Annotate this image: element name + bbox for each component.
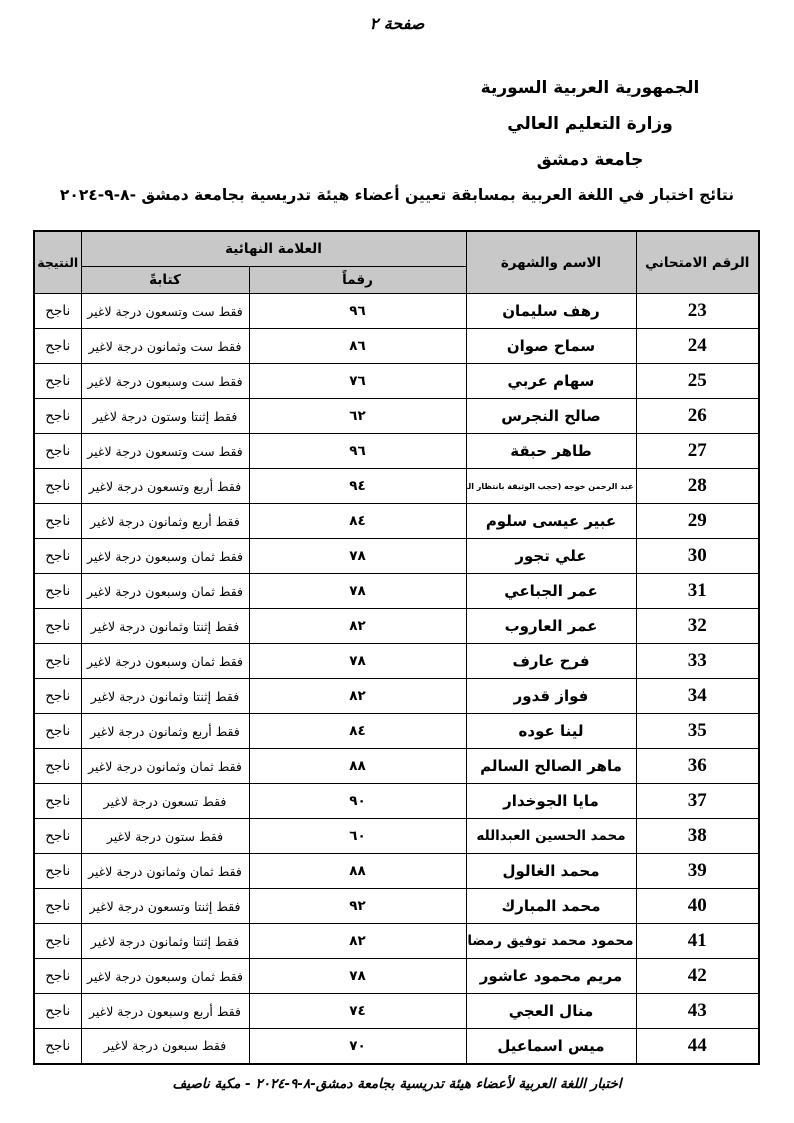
cell-result: ناجح (34, 539, 81, 574)
table-header: الرقم الامتحاني الاسم والشهرة العلامة ال… (34, 231, 759, 294)
page-number: صفحة ٢ (0, 14, 794, 33)
cell-name: عبير عيسى سلوم (466, 504, 636, 539)
document-page: صفحة ٢ الجمهورية العربية السورية وزارة ا… (0, 0, 794, 1123)
table-row: 29عبير عيسى سلوم٨٤فقط أربع وثمانون درجة … (34, 504, 759, 539)
footer-note: اختبار اللغة العربية لأعضاء هيئة تدريسية… (0, 1076, 794, 1092)
letterhead-university: جامعة دمشق (440, 142, 740, 178)
cell-written: فقط إثنتا وثمانون درجة لاغير (81, 679, 249, 714)
cell-name: ماهر الصالح السالم (466, 749, 636, 784)
cell-name: رهف سليمان (466, 294, 636, 329)
cell-name: سماح صوان (466, 329, 636, 364)
cell-name: محمد الحسين العبدالله (466, 819, 636, 854)
cell-written: فقط أربع وثمانون درجة لاغير (81, 504, 249, 539)
cell-result: ناجح (34, 574, 81, 609)
table-row: 32عمر العاروب٨٢فقط إثنتا وثمانون درجة لا… (34, 609, 759, 644)
table-row: 40محمد المبارك٩٢فقط إثنتا وتسعون درجة لا… (34, 889, 759, 924)
cell-exam: 40 (636, 889, 759, 924)
cell-exam: 36 (636, 749, 759, 784)
cell-exam: 39 (636, 854, 759, 889)
header-exam-number: الرقم الامتحاني (636, 231, 759, 294)
cell-written: فقط ست وسبعون درجة لاغير (81, 364, 249, 399)
cell-result: ناجح (34, 504, 81, 539)
cell-name: محمد الغالول (466, 854, 636, 889)
table-row: 28عبد الرحمن خوجه (حجب الوثيقة بانتظار ا… (34, 469, 759, 504)
cell-exam: 44 (636, 1029, 759, 1064)
cell-numeric: ٩٤ (249, 469, 466, 504)
cell-name: سهام عربي (466, 364, 636, 399)
table-row: 30علي تجور٧٨فقط ثمان وسبعون درجة لاغيرنا… (34, 539, 759, 574)
cell-written: فقط سبعون درجة لاغير (81, 1029, 249, 1064)
cell-exam: 29 (636, 504, 759, 539)
cell-exam: 41 (636, 924, 759, 959)
cell-name: مايا الجوخدار (466, 784, 636, 819)
header-final-grade: العلامة النهائية (81, 231, 466, 267)
cell-name: مريم محمود عاشور (466, 959, 636, 994)
cell-name: عبد الرحمن خوجه (حجب الوثيقة بانتظار الم… (466, 469, 636, 504)
cell-written: فقط ستون درجة لاغير (81, 819, 249, 854)
cell-exam: 28 (636, 469, 759, 504)
cell-written: فقط ثمان وثمانون درجة لاغير (81, 749, 249, 784)
cell-name: صالح النجرس (466, 399, 636, 434)
cell-exam: 35 (636, 714, 759, 749)
table-row: 34فواز قدور٨٢فقط إثنتا وثمانون درجة لاغي… (34, 679, 759, 714)
cell-written: فقط تسعون درجة لاغير (81, 784, 249, 819)
cell-result: ناجح (34, 749, 81, 784)
cell-result: ناجح (34, 889, 81, 924)
cell-result: ناجح (34, 679, 81, 714)
results-rows: 23رهف سليمان٩٦فقط ست وتسعون درجة لاغيرنا… (34, 294, 759, 1064)
table-row: 23رهف سليمان٩٦فقط ست وتسعون درجة لاغيرنا… (34, 294, 759, 329)
cell-written: فقط ثمان وسبعون درجة لاغير (81, 539, 249, 574)
cell-numeric: ٨٢ (249, 609, 466, 644)
cell-result: ناجح (34, 994, 81, 1029)
cell-result: ناجح (34, 924, 81, 959)
cell-result: ناجح (34, 714, 81, 749)
table-row: 25سهام عربي٧٦فقط ست وسبعون درجة لاغيرناج… (34, 364, 759, 399)
cell-numeric: ٨٨ (249, 854, 466, 889)
cell-name: منال العجي (466, 994, 636, 1029)
table-row: 39محمد الغالول٨٨فقط ثمان وثمانون درجة لا… (34, 854, 759, 889)
header-row-1: الرقم الامتحاني الاسم والشهرة العلامة ال… (34, 231, 759, 267)
cell-numeric: ٨٤ (249, 504, 466, 539)
cell-written: فقط أربع وتسعون درجة لاغير (81, 469, 249, 504)
cell-numeric: ٧٠ (249, 1029, 466, 1064)
table-row: 43منال العجي٧٤فقط أربع وسبعون درجة لاغير… (34, 994, 759, 1029)
cell-result: ناجح (34, 784, 81, 819)
cell-result: ناجح (34, 819, 81, 854)
cell-result: ناجح (34, 854, 81, 889)
letterhead: الجمهورية العربية السورية وزارة التعليم … (440, 70, 740, 178)
cell-exam: 32 (636, 609, 759, 644)
cell-result: ناجح (34, 364, 81, 399)
header-name: الاسم والشهرة (466, 231, 636, 294)
cell-name: ميس اسماعيل (466, 1029, 636, 1064)
cell-written: فقط إثنتا وتسعون درجة لاغير (81, 889, 249, 924)
cell-written: فقط إثنتا وثمانون درجة لاغير (81, 924, 249, 959)
cell-written: فقط أربع وسبعون درجة لاغير (81, 994, 249, 1029)
cell-exam: 37 (636, 784, 759, 819)
cell-numeric: ٩٦ (249, 434, 466, 469)
cell-numeric: ٨٤ (249, 714, 466, 749)
table-row: 41محمود محمد توفيق رمضان٨٢فقط إثنتا وثما… (34, 924, 759, 959)
cell-numeric: ٨٦ (249, 329, 466, 364)
cell-numeric: ٩٦ (249, 294, 466, 329)
cell-exam: 42 (636, 959, 759, 994)
cell-exam: 43 (636, 994, 759, 1029)
cell-numeric: ٩٢ (249, 889, 466, 924)
document-title: نتائج اختبار في اللغة العربية بمسابقة تع… (0, 186, 794, 204)
cell-numeric: ٨٢ (249, 679, 466, 714)
cell-result: ناجح (34, 294, 81, 329)
cell-name: لينا عوده (466, 714, 636, 749)
table-row: 33فرح عارف٧٨فقط ثمان وسبعون درجة لاغيرنا… (34, 644, 759, 679)
cell-result: ناجح (34, 609, 81, 644)
cell-name: محمود محمد توفيق رمضان (466, 924, 636, 959)
cell-numeric: ٨٢ (249, 924, 466, 959)
cell-exam: 38 (636, 819, 759, 854)
cell-written: فقط ثمان وسبعون درجة لاغير (81, 574, 249, 609)
table-row: 26صالح النجرس٦٢فقط إثنتا وستون درجة لاغي… (34, 399, 759, 434)
cell-written: فقط إثنتا وستون درجة لاغير (81, 399, 249, 434)
table-row: 36ماهر الصالح السالم٨٨فقط ثمان وثمانون د… (34, 749, 759, 784)
results-table: الرقم الامتحاني الاسم والشهرة العلامة ال… (33, 230, 760, 1065)
cell-written: فقط ثمان وسبعون درجة لاغير (81, 959, 249, 994)
cell-name: فواز قدور (466, 679, 636, 714)
cell-exam: 25 (636, 364, 759, 399)
cell-result: ناجح (34, 469, 81, 504)
letterhead-country: الجمهورية العربية السورية (440, 70, 740, 106)
cell-name: عمر الجباعي (466, 574, 636, 609)
header-grade-numeric: رقماً (249, 267, 466, 294)
table-row: 24سماح صوان٨٦فقط ست وثمانون درجة لاغيرنا… (34, 329, 759, 364)
cell-exam: 30 (636, 539, 759, 574)
cell-numeric: ٧٨ (249, 574, 466, 609)
cell-numeric: ٦٠ (249, 819, 466, 854)
table-row: 35لينا عوده٨٤فقط أربع وثمانون درجة لاغير… (34, 714, 759, 749)
cell-numeric: ٧٦ (249, 364, 466, 399)
table-row: 31عمر الجباعي٧٨فقط ثمان وسبعون درجة لاغي… (34, 574, 759, 609)
cell-written: فقط إثنتا وثمانون درجة لاغير (81, 609, 249, 644)
cell-result: ناجح (34, 959, 81, 994)
table-row: 27طاهر حبقة٩٦فقط ست وتسعون درجة لاغيرناج… (34, 434, 759, 469)
table-row: 44ميس اسماعيل٧٠فقط سبعون درجة لاغيرناجح (34, 1029, 759, 1064)
cell-name: طاهر حبقة (466, 434, 636, 469)
cell-written: فقط ثمان وثمانون درجة لاغير (81, 854, 249, 889)
cell-result: ناجح (34, 644, 81, 679)
cell-exam: 24 (636, 329, 759, 364)
cell-written: فقط ست وثمانون درجة لاغير (81, 329, 249, 364)
cell-written: فقط أربع وثمانون درجة لاغير (81, 714, 249, 749)
cell-written: فقط ثمان وسبعون درجة لاغير (81, 644, 249, 679)
cell-numeric: ٧٤ (249, 994, 466, 1029)
cell-numeric: ٦٢ (249, 399, 466, 434)
cell-result: ناجح (34, 399, 81, 434)
cell-numeric: ٩٠ (249, 784, 466, 819)
table-row: 37مايا الجوخدار٩٠فقط تسعون درجة لاغيرناج… (34, 784, 759, 819)
cell-exam: 23 (636, 294, 759, 329)
cell-exam: 33 (636, 644, 759, 679)
cell-exam: 27 (636, 434, 759, 469)
cell-exam: 34 (636, 679, 759, 714)
table-row: 42مريم محمود عاشور٧٨فقط ثمان وسبعون درجة… (34, 959, 759, 994)
cell-numeric: ٧٨ (249, 539, 466, 574)
cell-written: فقط ست وتسعون درجة لاغير (81, 434, 249, 469)
cell-name: علي تجور (466, 539, 636, 574)
header-grade-written: كتابةً (81, 267, 249, 294)
cell-result: ناجح (34, 1029, 81, 1064)
cell-exam: 31 (636, 574, 759, 609)
cell-name: عمر العاروب (466, 609, 636, 644)
cell-result: ناجح (34, 329, 81, 364)
cell-name: فرح عارف (466, 644, 636, 679)
cell-numeric: ٨٨ (249, 749, 466, 784)
letterhead-ministry: وزارة التعليم العالي (440, 106, 740, 142)
cell-numeric: ٧٨ (249, 644, 466, 679)
cell-exam: 26 (636, 399, 759, 434)
table-row: 38محمد الحسين العبدالله٦٠فقط ستون درجة ل… (34, 819, 759, 854)
cell-numeric: ٧٨ (249, 959, 466, 994)
cell-name: محمد المبارك (466, 889, 636, 924)
cell-written: فقط ست وتسعون درجة لاغير (81, 294, 249, 329)
cell-result: ناجح (34, 434, 81, 469)
header-result: النتيجة (34, 231, 81, 294)
